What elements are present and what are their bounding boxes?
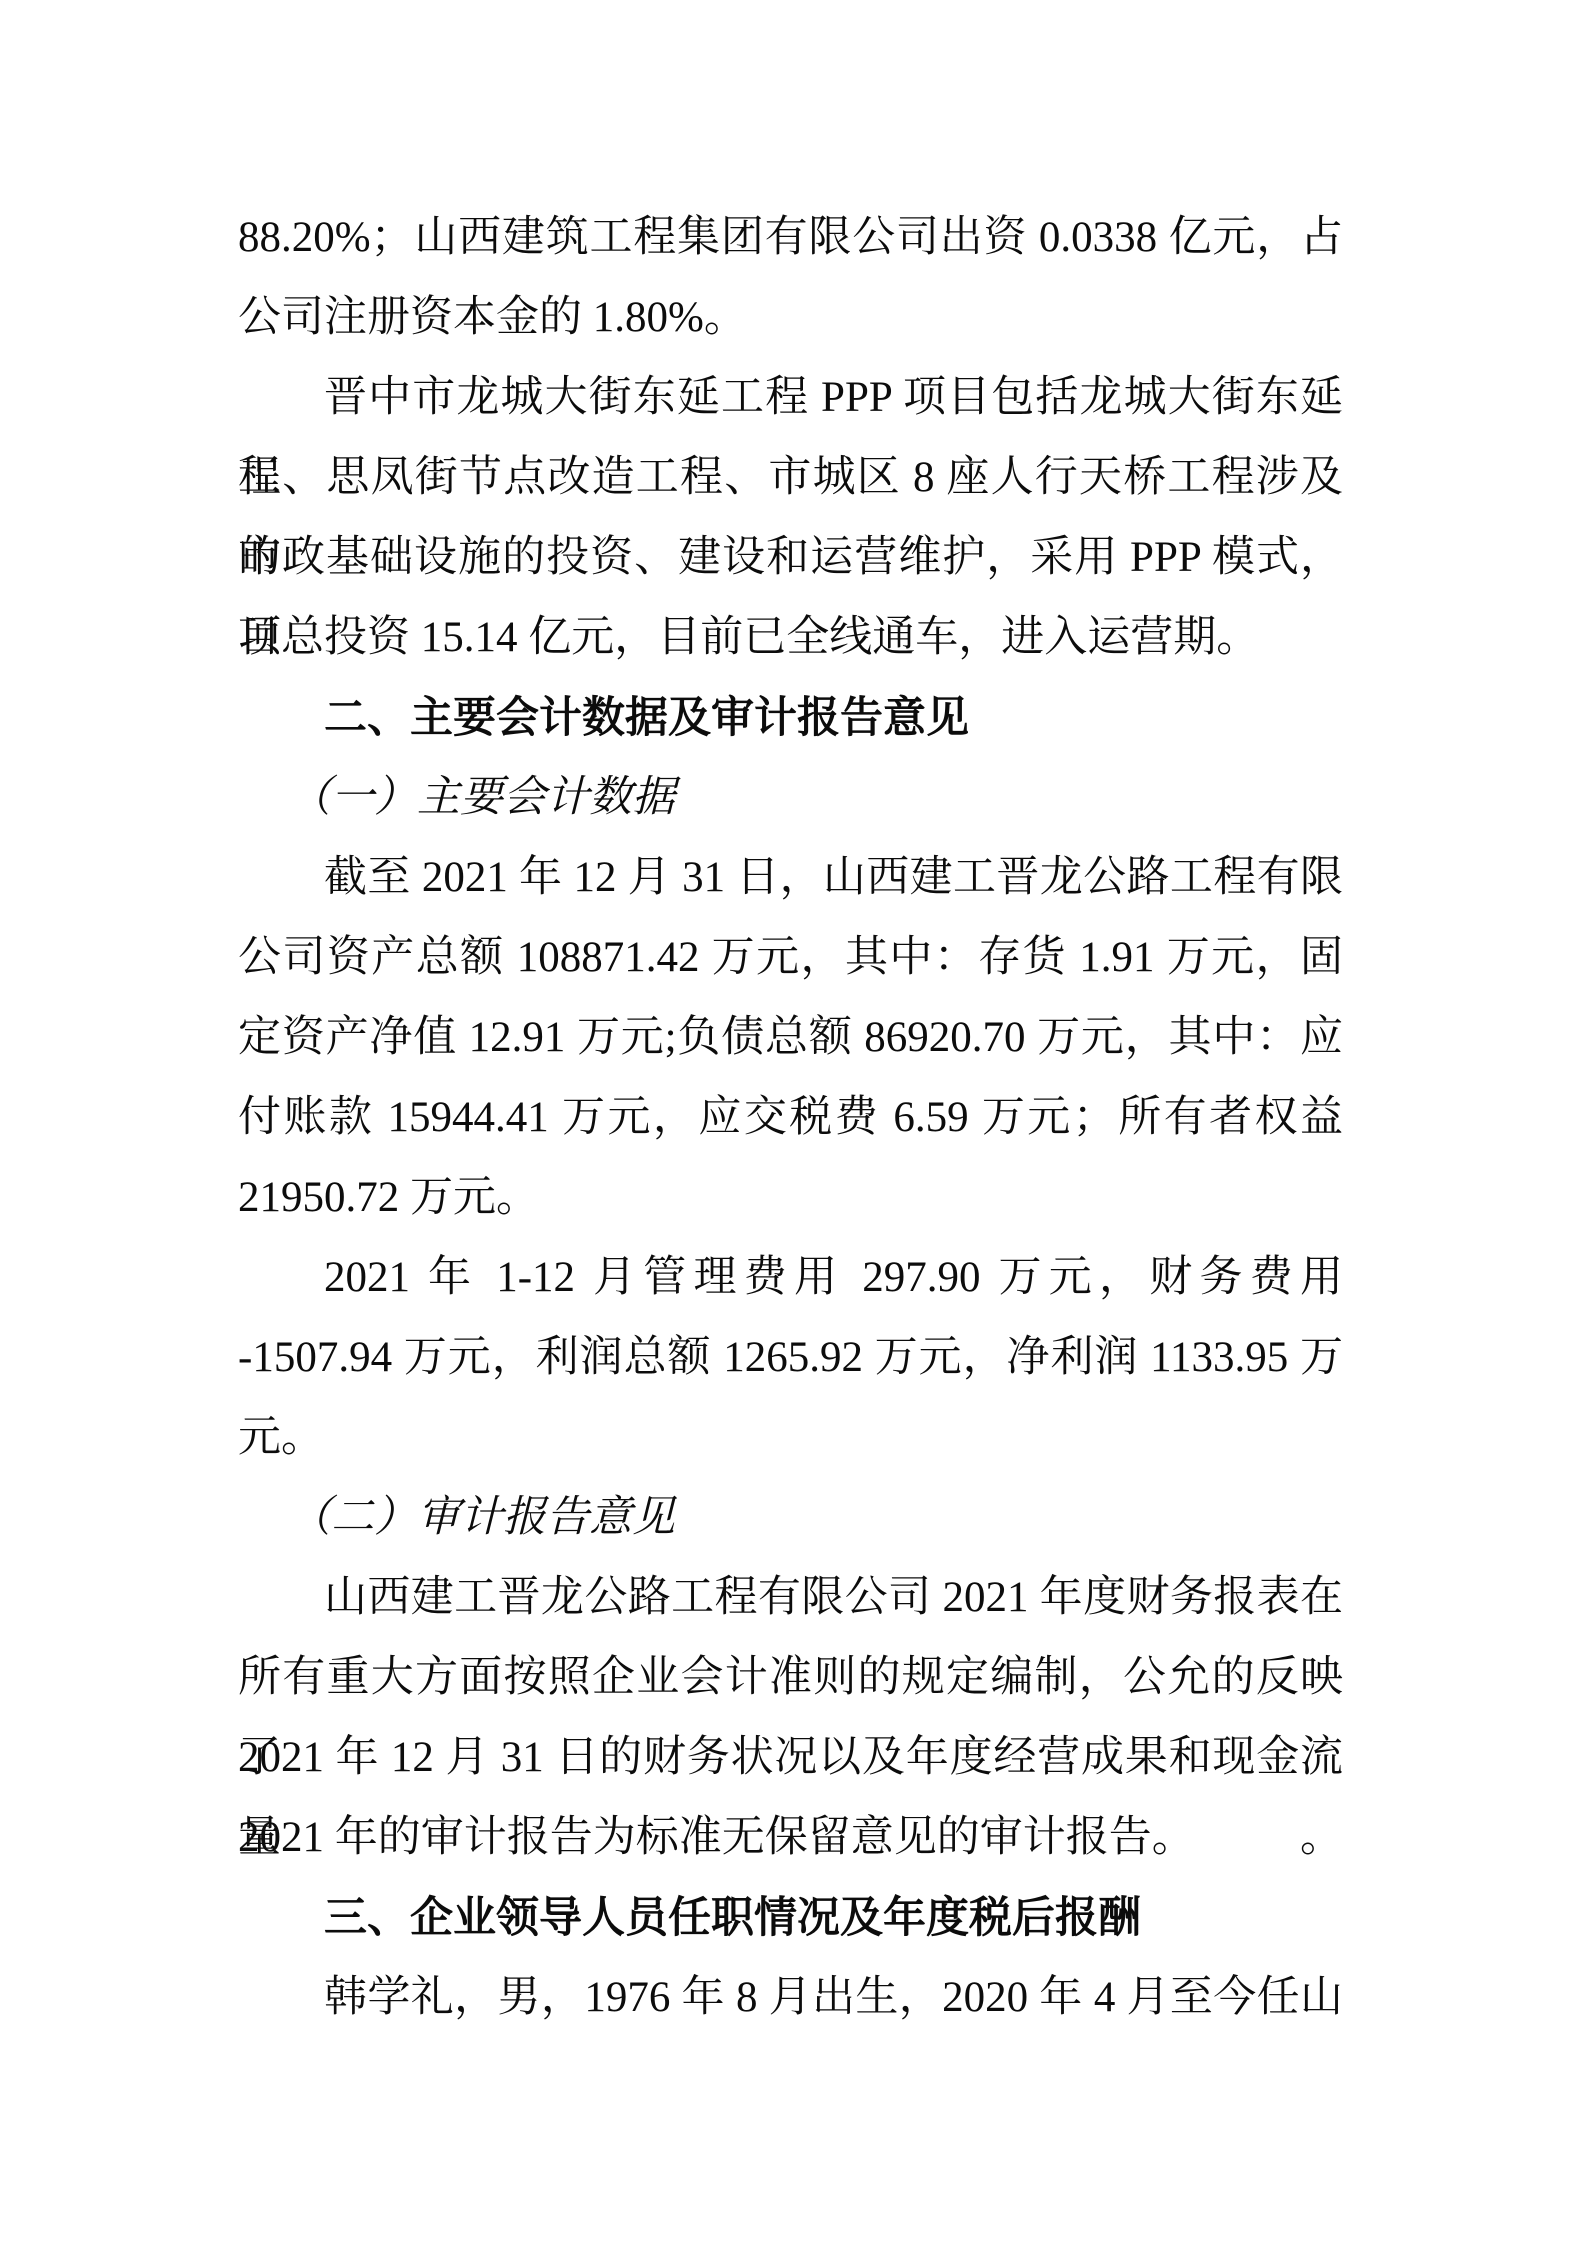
subheading-accounting-data: （一）主要会计数据 xyxy=(238,758,1343,838)
text-line: 公司资产总额 108871.42 万元，其中：存货 1.91 万元，固 xyxy=(238,918,1343,998)
text-line: 付账款 15944.41 万元，应交税费 6.59 万元；所有者权益 xyxy=(238,1078,1343,1158)
paragraph-leader-info: 韩学礼，男，1976 年 8 月出生，2020 年 4 月至今任山 xyxy=(238,1958,1343,2038)
text-line: 元。 xyxy=(238,1398,1343,1478)
text-line: 所有重大方面按照企业会计准则的规定编制，公允的反映了 xyxy=(238,1638,1343,1718)
text-line: 晋中市龙城大街东延工程 PPP 项目包括龙城大街东延工 xyxy=(238,358,1343,438)
text-line: 山西建工晋龙公路工程有限公司 2021 年度财务报表在 xyxy=(238,1558,1343,1638)
text-line: 截至 2021 年 12 月 31 日，山西建工晋龙公路工程有限 xyxy=(238,838,1343,918)
text-line: 88.20%；山西建筑工程集团有限公司出资 0.0338 亿元，占 xyxy=(238,198,1343,278)
text-line: 韩学礼，男，1976 年 8 月出生，2020 年 4 月至今任山 xyxy=(238,1958,1343,2038)
section-heading: 三、企业领导人员任职情况及年度税后报酬 xyxy=(238,1878,1343,1958)
paragraph-balance-sheet: 截至 2021 年 12 月 31 日，山西建工晋龙公路工程有限 公司资产总额 … xyxy=(238,838,1343,1238)
heading-section-3: 三、企业领导人员任职情况及年度税后报酬 xyxy=(238,1878,1343,1958)
paragraph-shareholding-continuation: 88.20%；山西建筑工程集团有限公司出资 0.0338 亿元，占 公司注册资本… xyxy=(238,198,1343,358)
text-line: 市政基础设施的投资、建设和运营维护，采用 PPP 模式，项 xyxy=(238,518,1343,598)
paragraph-ppp-project: 晋中市龙城大街东延工程 PPP 项目包括龙城大街东延工 程、思凤街节点改造工程、… xyxy=(238,358,1343,678)
section-heading: 二、主要会计数据及审计报告意见 xyxy=(238,678,1343,758)
paragraph-income-statement: 2021 年 1-12 月管理费用 297.90 万元，财务费用 -1507.9… xyxy=(238,1238,1343,1478)
document-page: 88.20%；山西建筑工程集团有限公司出资 0.0338 亿元，占 公司注册资本… xyxy=(0,0,1587,2245)
paragraph-audit-opinion: 山西建工晋龙公路工程有限公司 2021 年度财务报表在 所有重大方面按照企业会计… xyxy=(238,1558,1343,1878)
text-line: -1507.94 万元，利润总额 1265.92 万元，净利润 1133.95 … xyxy=(238,1318,1343,1398)
text-line: 21950.72 万元。 xyxy=(238,1158,1343,1238)
text-line: 2021 年的审计报告为标准无保留意见的审计报告。 xyxy=(238,1798,1343,1878)
text-line: 定资产净值 12.91 万元;负债总额 86920.70 万元，其中：应 xyxy=(238,998,1343,1078)
text-line: 公司注册资本金的 1.80%。 xyxy=(238,278,1343,358)
text-line: 目总投资 15.14 亿元，目前已全线通车，进入运营期。 xyxy=(238,598,1343,678)
sub-heading: （二）审计报告意见 xyxy=(238,1478,1343,1558)
sub-heading: （一）主要会计数据 xyxy=(238,758,1343,838)
text-line: 程、思凤街节点改造工程、市城区 8 座人行天桥工程涉及的 xyxy=(238,438,1343,518)
heading-section-2: 二、主要会计数据及审计报告意见 xyxy=(238,678,1343,758)
text-line: 2021 年 12 月 31 日的财务状况以及年度经营成果和现金流量。 xyxy=(238,1718,1343,1798)
subheading-audit-opinion: （二）审计报告意见 xyxy=(238,1478,1343,1558)
text-line: 2021 年 1-12 月管理费用 297.90 万元，财务费用 xyxy=(238,1238,1343,1318)
